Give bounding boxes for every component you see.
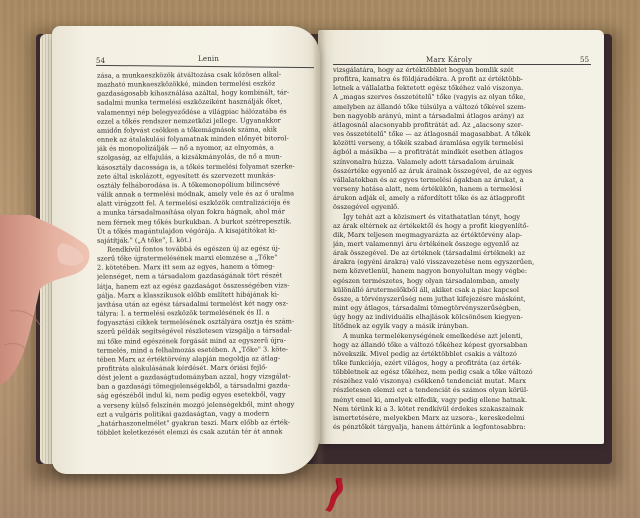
text-line: tőke funkciója, ezért világos, hogy a pr… bbox=[333, 359, 591, 368]
text-line: árakra (egyéni árakra) való visszavezeté… bbox=[333, 258, 591, 267]
text-line: árak összegével. De az értéknek (társada… bbox=[333, 249, 591, 258]
text-line: lítődnek az egyik vagy a másik irányban. bbox=[333, 322, 591, 331]
text-line: letnek a vállalatba fektetett egész tőké… bbox=[333, 84, 591, 93]
text-line: amelyben az állandó tőke túlsúlya a vált… bbox=[333, 103, 591, 112]
text-line: ján, mert valamennyi áru értékének össze… bbox=[333, 240, 591, 249]
text-line: részletesen elemzi ezt a tendenciát és s… bbox=[333, 386, 591, 395]
right-page-body: vizsgálatára, hogy az értéktöbblet hogya… bbox=[333, 66, 591, 432]
text-line: többletnek az egész tőkéhez, nem pedig c… bbox=[333, 368, 591, 377]
text-line: mint egy átlagos, társadalmi tömegtörvén… bbox=[333, 304, 591, 313]
text-line: úgy hogy az individuális elhajlások kölc… bbox=[333, 313, 591, 322]
text-line: különálló árutermelőkből áll, akiket csa… bbox=[333, 286, 591, 295]
text-line: össze, a törvényszerűség nem juthat kife… bbox=[333, 295, 591, 304]
text-line: látja, hanem ezt az egész gazdaságot öss… bbox=[97, 281, 315, 292]
text-line: közötti verseny, a tőkék szabad áramlása… bbox=[333, 139, 591, 148]
hand-thumb bbox=[0, 215, 94, 385]
right-running-head: Marx Károly bbox=[426, 56, 472, 64]
text-line: vizsgálatára, hogy az értéktöbblet hogya… bbox=[333, 66, 591, 75]
text-line: átlagosnál alacsonyabb profitrátát ad. A… bbox=[333, 121, 591, 130]
text-line: vállalatokban és az egyes termelési ágak… bbox=[333, 176, 591, 185]
text-line: ismertetésére, melyekben Marx az uzsora-… bbox=[333, 414, 591, 423]
text-line: nem közvetlenül, hanem nagyon bonyolulta… bbox=[333, 267, 591, 276]
text-line: a verseny külső felszínén mozgó jelenség… bbox=[97, 400, 315, 411]
text-line: hogy az állandó tőke a változó tőkéhez k… bbox=[333, 341, 591, 350]
text-line: verseny hatása alatt, nem értékükön, han… bbox=[333, 185, 591, 194]
text-line: profitra, kamatra és földjáradékra. A pr… bbox=[333, 75, 591, 84]
right-page-number: 55 bbox=[580, 56, 589, 64]
text-line: összegével egyenlő. bbox=[333, 203, 591, 212]
text-line: ágból a másikba — a profitrátát mindkét … bbox=[333, 148, 591, 157]
text-line: részéhez való viszonya) csökkenő tendenc… bbox=[333, 377, 591, 386]
text-line: növekszik. Mivel pedig az értéktöbblet c… bbox=[333, 350, 591, 359]
right-header-rule bbox=[333, 64, 591, 65]
text-line: egészen természetes, hogy olyan társadal… bbox=[333, 277, 591, 286]
text-line: A munka termelékenységének emelkedése az… bbox=[333, 332, 591, 341]
text-line: árukon adják el, amely a ráfordított tők… bbox=[333, 194, 591, 203]
text-line: A „magas szerves összetételű" tőke (vagy… bbox=[333, 93, 591, 102]
left-page-number: 54 bbox=[96, 57, 105, 65]
text-line: többlet keletkezését elemzi és csak azut… bbox=[97, 427, 315, 438]
text-line: és pénztőkét tárgyalja, hanem áttérünk a… bbox=[333, 423, 591, 432]
text-line: ben nagyobb arányú, mint a társadalmi át… bbox=[333, 112, 591, 121]
text-line: összértéke egyenlő az áruk árainak össze… bbox=[333, 167, 591, 176]
text-line: Így tehát azt a közismert és vitathatatl… bbox=[333, 213, 591, 222]
text-line: Nem térünk ki a 3. kötet rendkívül érdek… bbox=[333, 405, 591, 414]
left-page-body: zása, a munkaeszközök átváltozása csak k… bbox=[97, 70, 315, 438]
text-line: nem férnek meg tőkés burkukban. A burkot… bbox=[97, 217, 315, 228]
text-line: az árak eltérnek az értékektől és hogy a… bbox=[333, 222, 591, 231]
text-line: kásosztály dacossága is, a tőkés termelé… bbox=[97, 162, 315, 173]
text-line: ves összetételű" tőke — az átlagosnál ma… bbox=[333, 130, 591, 139]
text-line: színvonalra húzza. Valamely adott társad… bbox=[333, 158, 591, 167]
text-line: dik, Marx teljesen megmagyarázta az érté… bbox=[333, 231, 591, 240]
text-line: valamennyi nép belegyeződése a világpiac… bbox=[97, 107, 315, 118]
left-running-head: Lenin bbox=[198, 55, 219, 63]
bookmark-ribbon bbox=[322, 478, 348, 512]
text-line: ményt emel ki, amelyek elfedik, vagy ped… bbox=[333, 396, 591, 405]
